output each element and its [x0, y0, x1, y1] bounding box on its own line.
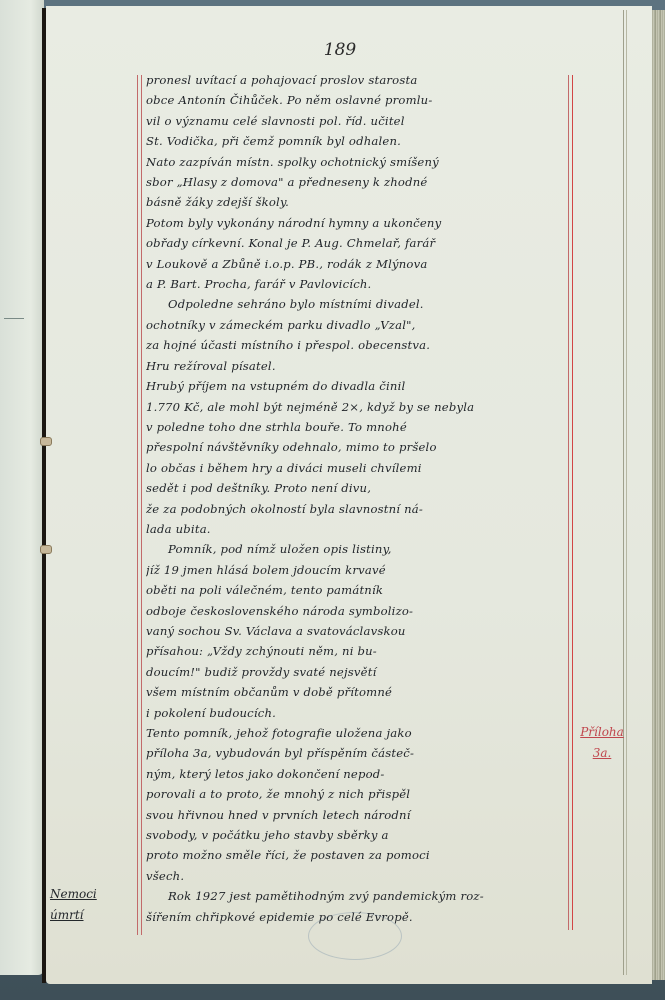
text-line: Rok 1927 jest pamětihodným zvý pandemick…: [146, 886, 566, 906]
text-line: v Loukově a Zbůně i.o.p. PB., rodák z Ml…: [146, 254, 566, 274]
text-line: Tento pomník, jehož fotografie uložena j…: [146, 723, 566, 743]
text-line: i pokolení budoucích.: [146, 703, 566, 723]
margin-note-line: Nemoci: [50, 884, 120, 905]
text-line: obřady církevní. Konal je P. Aug. Chmela…: [146, 233, 566, 253]
text-line: proto možno směle říci, že postaven za p…: [146, 845, 566, 865]
text-line: oběti na poli válečném, tento památník: [146, 580, 566, 600]
text-line: jíž 19 jmen hlásá bolem jdoucím krvavé: [146, 560, 566, 580]
text-line: v poledne toho dne strhla bouře. To mnoh…: [146, 417, 566, 437]
text-line: ným, který letos jako dokončení nepod-: [146, 764, 566, 784]
margin-note-line: Příloha: [578, 722, 626, 743]
text-line: přespolní návštěvníky odehnalo, mimo to …: [146, 437, 566, 457]
section-margin-note: Nemoci úmrtí: [50, 884, 120, 926]
text-line: básně žáky zdejší školy.: [146, 192, 566, 212]
text-line: St. Vodička, při čemž pomník byl odhalen…: [146, 131, 566, 151]
text-line: lo občas i během hry a diváci museli chv…: [146, 458, 566, 478]
left-page-edge: [0, 0, 44, 975]
text-line: lada ubita.: [146, 519, 566, 539]
attachment-margin-note: Příloha 3a.: [578, 722, 626, 764]
text-line: porovali a to proto, že mnohý z nich při…: [146, 784, 566, 804]
right-margin-rule: [568, 75, 573, 930]
left-margin-rule: [137, 75, 142, 935]
text-line: sedět i pod deštníky. Proto není divu,: [146, 478, 566, 498]
binding-stitch: [40, 437, 52, 446]
text-line: že za podobných okolností byla slavnostn…: [146, 499, 566, 519]
text-line: obce Antonín Čihůček. Po něm oslavné pro…: [146, 90, 566, 110]
text-line: Hru režíroval písatel.: [146, 356, 566, 376]
text-line: vil o významu celé slavnosti pol. říd. u…: [146, 111, 566, 131]
margin-note-line: 3a.: [578, 743, 626, 764]
text-line: sbor „Hlasy z domova" a předneseny k zho…: [146, 172, 566, 192]
text-line: a P. Bart. Procha, farář v Pavlovicích.: [146, 274, 566, 294]
margin-note-line: úmrtí: [50, 905, 120, 926]
left-page-mark: [4, 318, 24, 319]
text-line: svobody, v počátku jeho stavby sběrky a: [146, 825, 566, 845]
handwritten-body-text: pronesl uvítací a pohajovací proslov sta…: [146, 70, 566, 927]
text-line: ochotníky v zámeckém parku divadlo „Vzal…: [146, 315, 566, 335]
page-number: 189: [310, 40, 370, 60]
page-stack-edges: [652, 10, 665, 980]
text-line-underlined: doucím!" budiž provždy svaté nejsvětí: [146, 662, 566, 682]
outer-margin-rule: [623, 10, 627, 975]
text-line: vaný sochou Sv. Václava a svatováclavsko…: [146, 621, 566, 641]
text-line: Hrubý příjem na vstupném do divadla čini…: [146, 376, 566, 396]
text-line: Pomník, pod nímž uložen opis listiny,: [146, 539, 566, 559]
binding-stitch: [40, 545, 52, 554]
text-line-underlined: přísahou: „Vždy zchýnouti něm, ni bu-: [146, 641, 566, 661]
text-line: Potom byly vykonány národní hymny a ukon…: [146, 213, 566, 233]
text-line: šířením chřipkové epidemie po celé Evrop…: [146, 907, 566, 927]
text-line: odboje československého národa symbolizo…: [146, 601, 566, 621]
text-line: 1.770 Kč, ale mohl být nejméně 2×, když …: [146, 397, 566, 417]
text-line: pronesl uvítací a pohajovací proslov sta…: [146, 70, 566, 90]
text-line: svou hřivnou hned v prvních letech národ…: [146, 805, 566, 825]
text-line: všem místním občanům v době přítomné: [146, 682, 566, 702]
text-line: za hojné účasti místního i přespol. obec…: [146, 335, 566, 355]
text-line: všech.: [146, 866, 566, 886]
book-spine-gutter: [42, 8, 46, 983]
text-line: Nato zazpíván místn. spolky ochotnický s…: [146, 152, 566, 172]
text-line: Odpoledne sehráno bylo místními divadel.: [146, 294, 566, 314]
text-line-underlined: příloha 3a, vybudován byl příspěním část…: [146, 743, 566, 763]
